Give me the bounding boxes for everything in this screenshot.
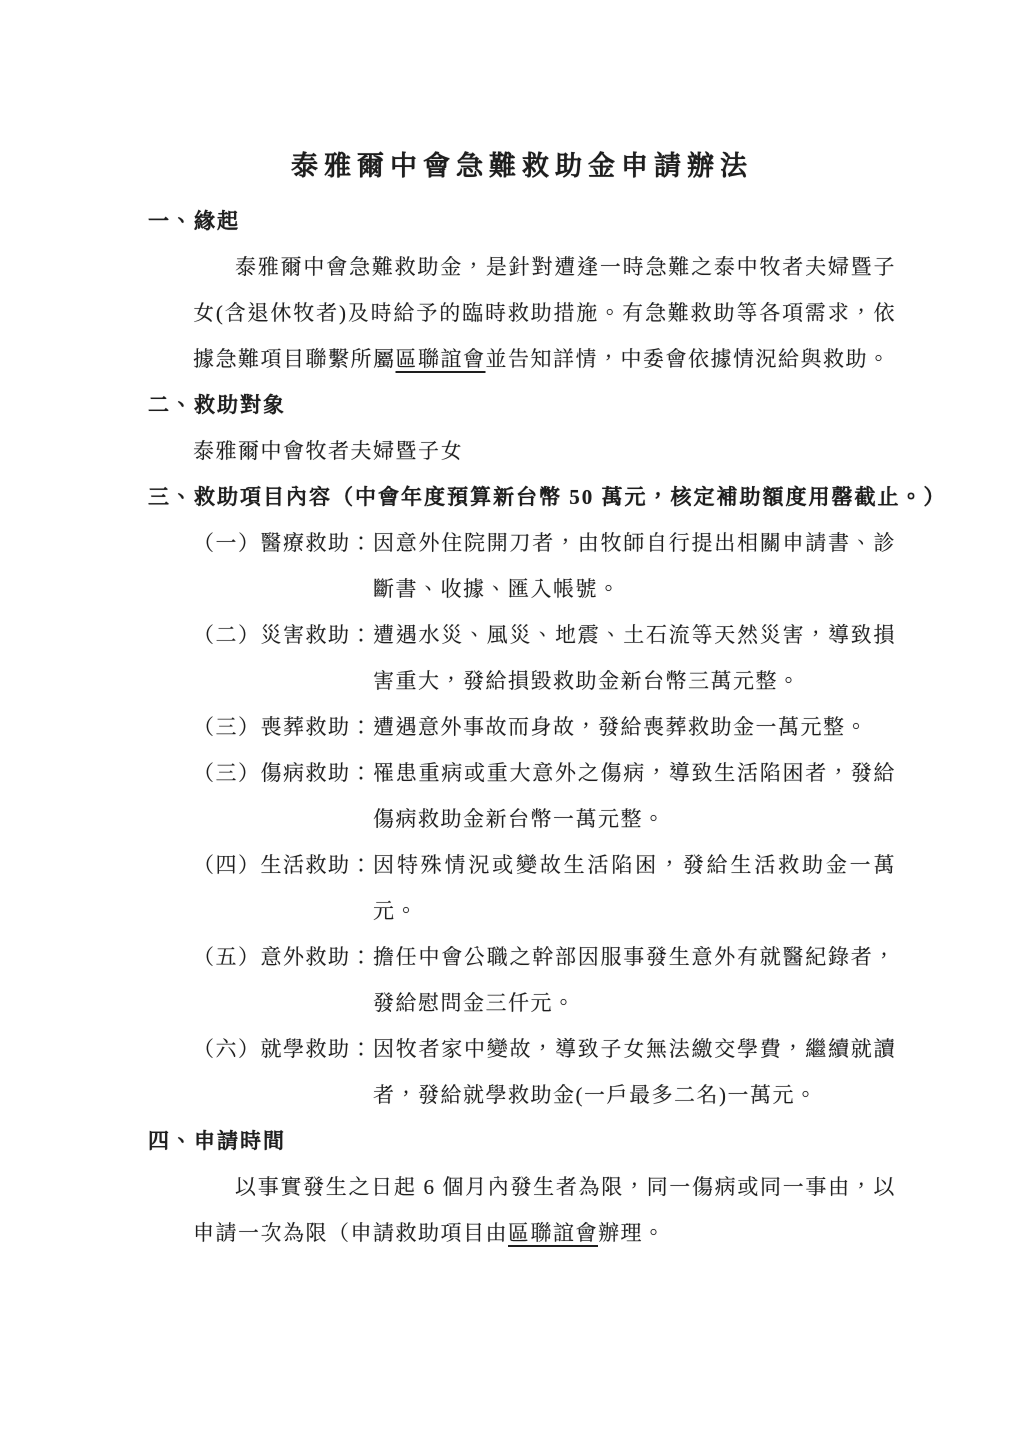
- timing-underlined-term: 區聯誼會: [508, 1221, 598, 1245]
- origin-heading: 一、緣起: [148, 198, 896, 244]
- item-label: （三）傷病救助：: [193, 750, 373, 796]
- document-title: 泰雅爾中會急難救助金申請辦法: [148, 146, 896, 186]
- item-text: 罹患重病或重大意外之傷病，導致生活陷困者，發給傷病救助金新台幣一萬元整。: [373, 750, 896, 842]
- timing-text-after: 辦理。: [598, 1221, 666, 1245]
- targets-heading: 二、救助對象: [148, 382, 896, 428]
- item-text: 因特殊情況或變故生活陷困，發給生活救助金一萬元。: [373, 842, 896, 934]
- section-items: 三、救助項目內容（中會年度預算新台幣 50 萬元，核定補助額度用罄截止。） （一…: [148, 474, 896, 1118]
- item-label: （一）醫療救助：: [193, 520, 373, 566]
- item-accident: （五）意外救助： 擔任中會公職之幹部因服事發生意外有就醫紀錄者，發給慰問金三仟元…: [193, 934, 896, 1026]
- item-label: （四）生活救助：: [193, 842, 373, 888]
- item-text: 因牧者家中變故，導致子女無法繳交學費，繼續就讀者，發給就學救助金(一戶最多二名)…: [373, 1026, 896, 1118]
- items-list: （一）醫療救助： 因意外住院開刀者，由牧師自行提出相關申請書、診斷書、收據、匯入…: [193, 520, 896, 1118]
- item-disaster: （二）災害救助： 遭遇水災、風災、地震、土石流等天然災害，導致損害重大，發給損毀…: [193, 612, 896, 704]
- item-text: 因意外住院開刀者，由牧師自行提出相關申請書、診斷書、收據、匯入帳號。: [373, 520, 896, 612]
- origin-paragraph: 泰雅爾中會急難救助金，是針對遭逢一時急難之泰中牧者夫婦暨子女(含退休牧者)及時給…: [193, 244, 896, 382]
- targets-paragraph: 泰雅爾中會牧者夫婦暨子女: [193, 428, 896, 474]
- item-label: （二）災害救助：: [193, 612, 373, 658]
- item-education: （六）就學救助： 因牧者家中變故，導致子女無法繳交學費，繼續就讀者，發給就學救助…: [193, 1026, 896, 1118]
- items-heading: 三、救助項目內容（中會年度預算新台幣 50 萬元，核定補助額度用罄截止。）: [148, 474, 896, 520]
- item-text: 遭遇水災、風災、地震、土石流等天然災害，導致損害重大，發給損毀救助金新台幣三萬元…: [373, 612, 896, 704]
- item-label: （六）就學救助：: [193, 1026, 373, 1072]
- item-living: （四）生活救助： 因特殊情況或變故生活陷困，發給生活救助金一萬元。: [193, 842, 896, 934]
- item-medical: （一）醫療救助： 因意外住院開刀者，由牧師自行提出相關申請書、診斷書、收據、匯入…: [193, 520, 896, 612]
- timing-heading: 四、申請時間: [148, 1118, 896, 1164]
- item-illness: （三）傷病救助： 罹患重病或重大意外之傷病，導致生活陷困者，發給傷病救助金新台幣…: [193, 750, 896, 842]
- item-text: 擔任中會公職之幹部因服事發生意外有就醫紀錄者，發給慰問金三仟元。: [373, 934, 896, 1026]
- origin-text-after: 並告知詳情，中委會依據情況給與救助。: [486, 347, 891, 371]
- document-page: 泰雅爾中會急難救助金申請辦法 一、緣起 泰雅爾中會急難救助金，是針對遭逢一時急難…: [0, 0, 1024, 1448]
- section-targets: 二、救助對象 泰雅爾中會牧者夫婦暨子女: [148, 382, 896, 474]
- section-origin: 一、緣起 泰雅爾中會急難救助金，是針對遭逢一時急難之泰中牧者夫婦暨子女(含退休牧…: [148, 198, 896, 382]
- item-label: （五）意外救助：: [193, 934, 373, 980]
- item-label: （三）喪葬救助：: [193, 704, 373, 750]
- origin-underlined-term: 區聯誼會: [396, 347, 486, 371]
- item-funeral: （三）喪葬救助： 遭遇意外事故而身故，發給喪葬救助金一萬元整。: [193, 704, 896, 750]
- section-timing: 四、申請時間 以事實發生之日起 6 個月內發生者為限，同一傷病或同一事由，以申請…: [148, 1118, 896, 1256]
- item-text: 遭遇意外事故而身故，發給喪葬救助金一萬元整。: [373, 704, 896, 750]
- timing-paragraph: 以事實發生之日起 6 個月內發生者為限，同一傷病或同一事由，以申請一次為限（申請…: [193, 1164, 896, 1256]
